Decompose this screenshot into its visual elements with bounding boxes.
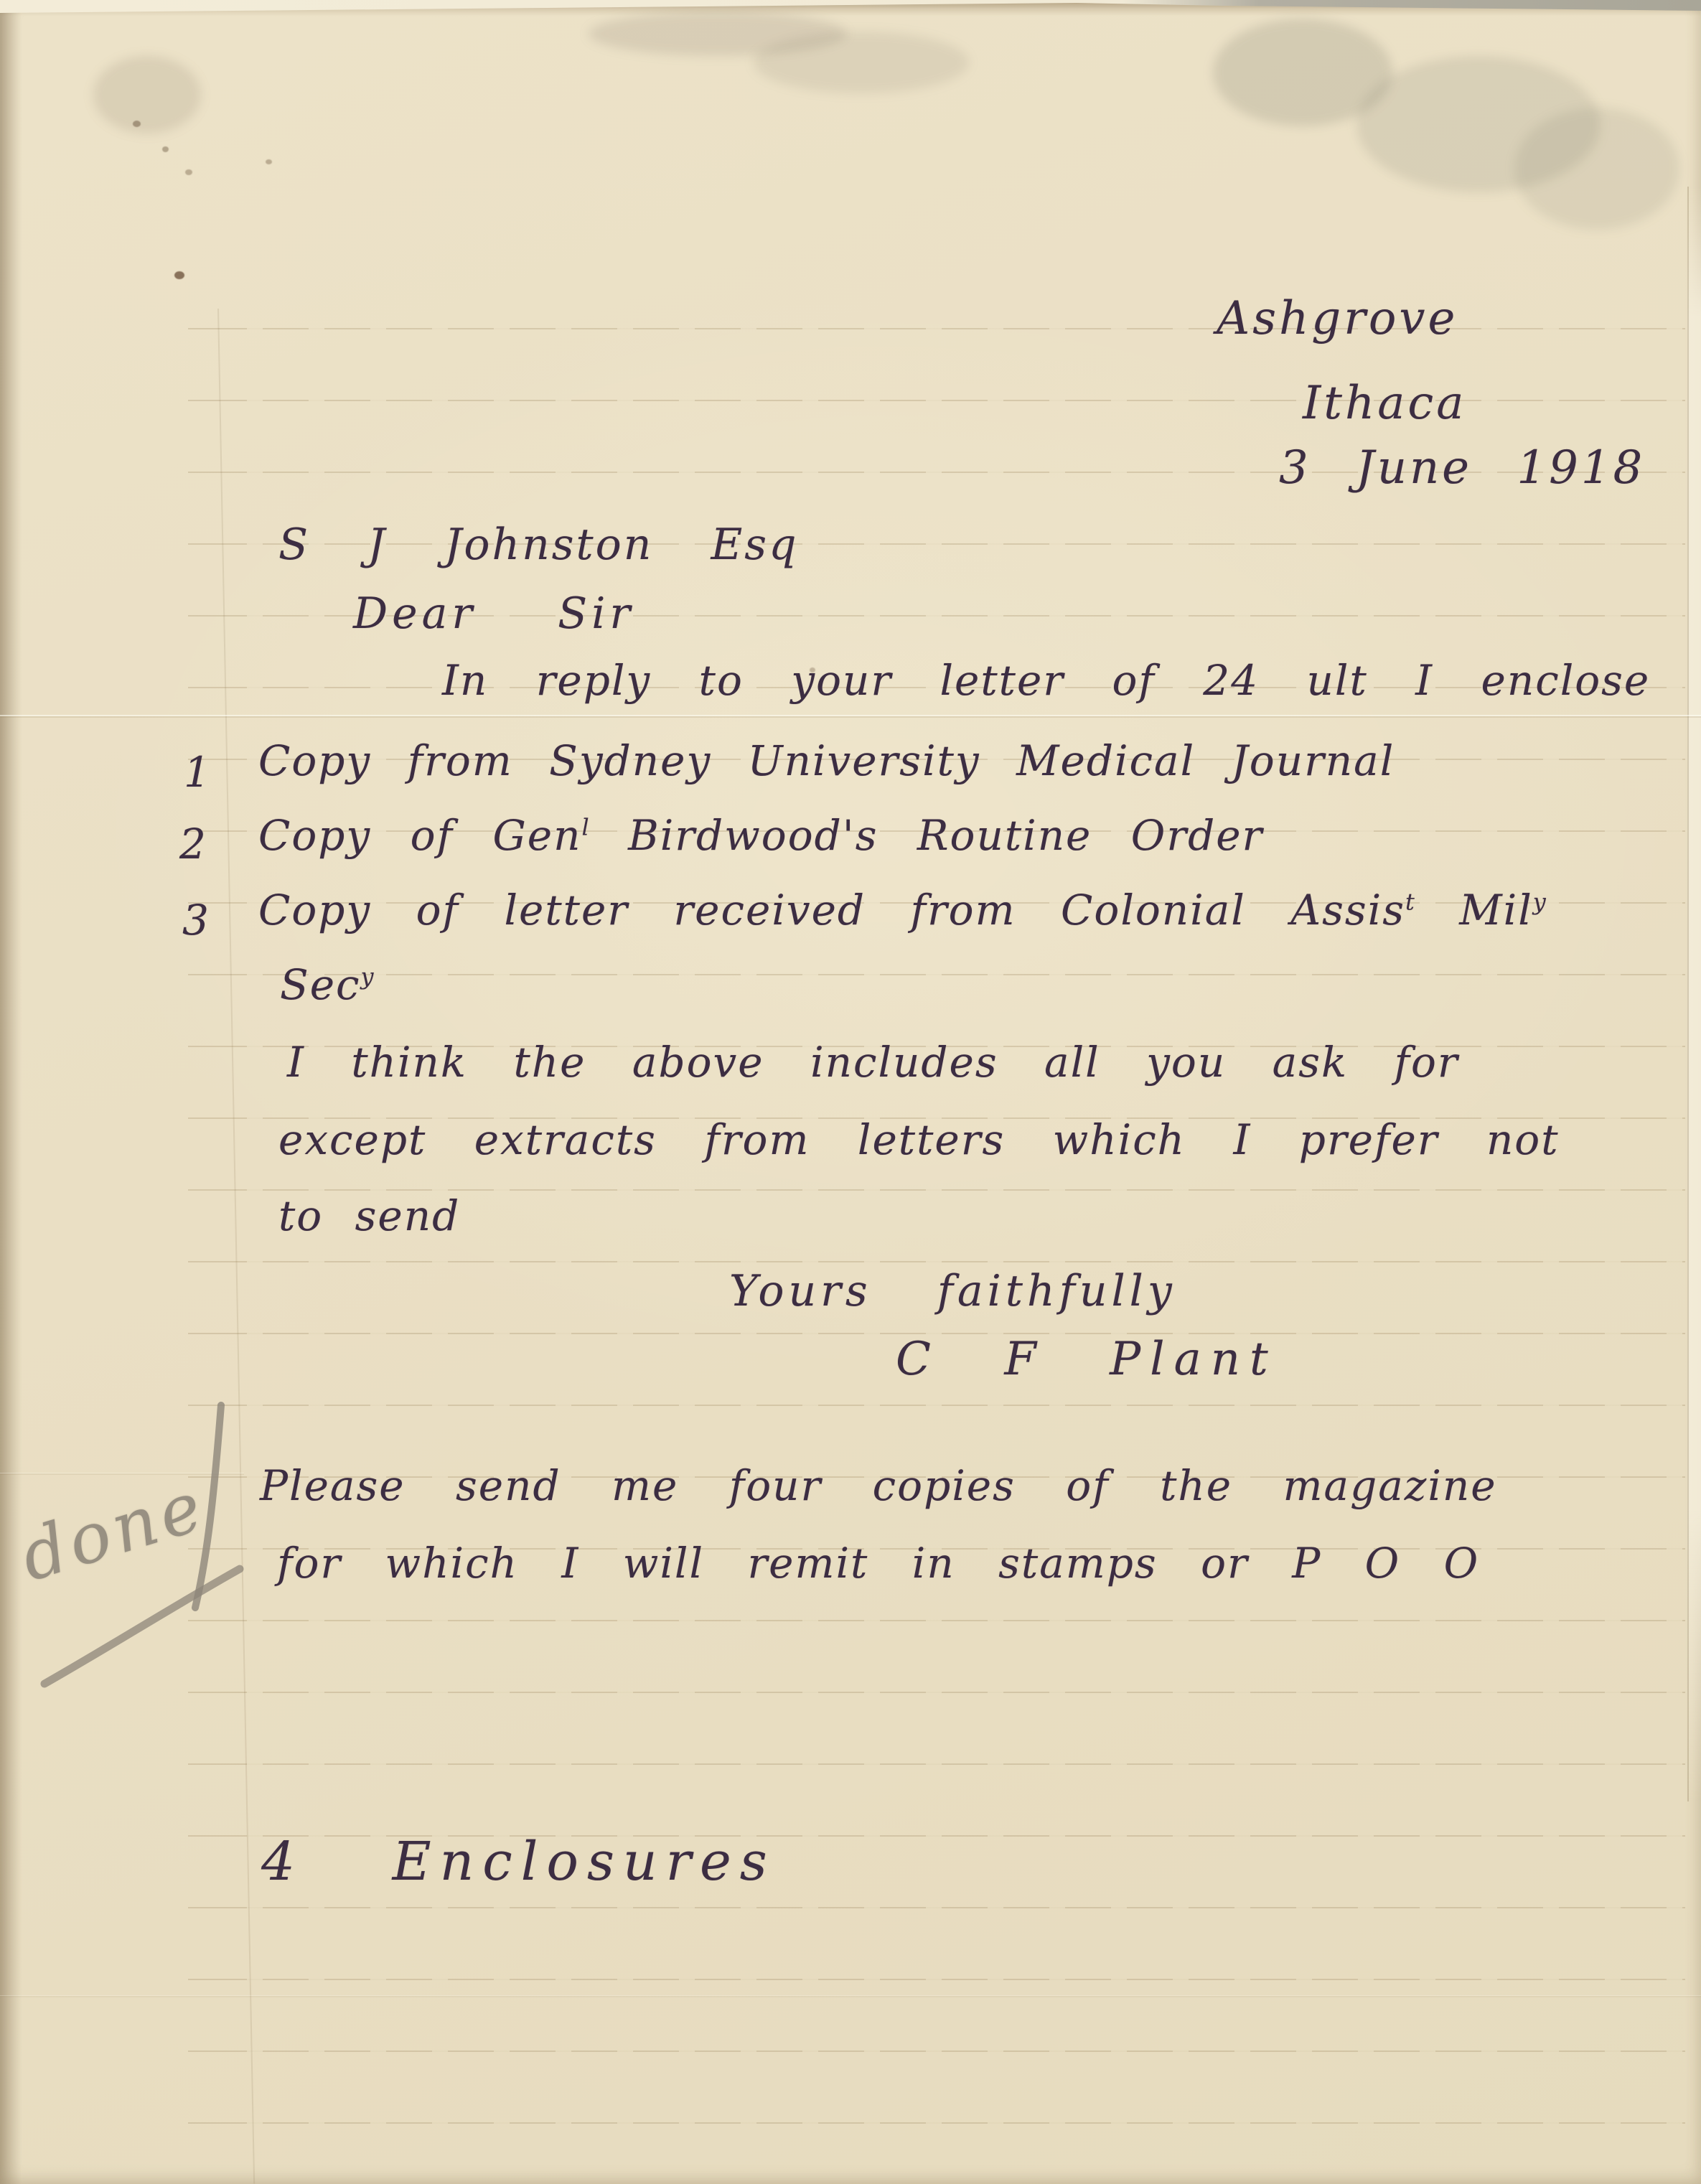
- letter-paper: Ashgrove Ithaca 3 June 1918 S J Johnston…: [0, 0, 1701, 2184]
- body-line-2: except extracts from letters which I pre…: [278, 1114, 1560, 1166]
- item-3-text-mid: Mil: [1415, 886, 1533, 934]
- ink-speck: [133, 121, 141, 127]
- item-3-superscript-2: y: [1533, 889, 1546, 916]
- ruled-line: [188, 1979, 1685, 1980]
- enclosure-item-3-text: Copy of letter received from Colonial As…: [258, 884, 1546, 937]
- paper-left-edge-shadow: [0, 0, 22, 2184]
- ink-speck: [185, 169, 192, 175]
- enclosure-item-1-number: 1: [184, 746, 210, 799]
- horizontal-crease-lower: [0, 1995, 1701, 1997]
- item-3-superscript-1: t: [1405, 889, 1415, 916]
- backing-page-edge: [1687, 187, 1701, 1801]
- ruled-line: [188, 1261, 1685, 1262]
- signature-line: C F Plant: [896, 1331, 1278, 1388]
- margin-fold-line: [217, 309, 255, 2184]
- ruled-line: [188, 1405, 1685, 1406]
- paper-top-edge: [0, 0, 1701, 16]
- ruled-line: [188, 1692, 1685, 1693]
- ruled-line: [188, 328, 1685, 329]
- ruled-line: [188, 974, 1685, 975]
- carryover-text: Sec: [280, 960, 361, 1009]
- horizontal-crease-margin: [0, 1473, 244, 1475]
- enclosure-item-3-number: 3: [182, 894, 209, 947]
- letter-scan: Ashgrove Ithaca 3 June 1918 S J Johnston…: [0, 0, 1701, 2184]
- opening-line: In reply to your letter of 24 ult I encl…: [442, 655, 1650, 707]
- closing-line: Yours faithfully: [729, 1265, 1176, 1318]
- smudge-top-center-2: [754, 32, 969, 93]
- enclosure-item-2-text: Copy of Genl Birdwood's Routine Order: [258, 810, 1263, 862]
- carryover-superscript: y: [361, 963, 374, 990]
- horizontal-crease-upper: [0, 715, 1701, 718]
- body-line-3: to send: [278, 1190, 460, 1242]
- item-2-superscript: l: [581, 814, 589, 841]
- postscript-line-2: for which I will remit in stamps or P O …: [277, 1537, 1479, 1590]
- date-line: 3 June 1918: [1279, 439, 1645, 497]
- item-3-carryover: Secy: [280, 959, 374, 1011]
- item-2-text-post: Birdwood's Routine Order: [589, 811, 1264, 860]
- ink-speck: [266, 159, 272, 164]
- pencil-done-note: done: [11, 1465, 215, 1597]
- place-line-1: Ashgrove: [1217, 290, 1458, 347]
- enclosures-note: 4 Enclosures: [261, 1829, 776, 1895]
- ruled-line: [188, 2051, 1685, 2052]
- ruled-line: [188, 1907, 1685, 1908]
- item-3-text-pre: Copy of letter received from Colonial As…: [258, 886, 1405, 934]
- body-line-1: I think the above includes all you ask f…: [287, 1036, 1459, 1089]
- salutation-line: Dear Sir: [353, 587, 634, 641]
- item-2-text-pre: Copy of Gen: [258, 811, 581, 860]
- smudge-top-left: [93, 56, 201, 133]
- ruled-line: [188, 1620, 1685, 1621]
- enclosure-item-2-number: 2: [179, 818, 206, 871]
- postscript-line-1: Please send me four copies of the magazi…: [260, 1460, 1497, 1512]
- ink-speck: [162, 146, 169, 152]
- enclosure-item-1-text: Copy from Sydney University Medical Jour…: [258, 735, 1395, 787]
- smudge-top-right-3: [1514, 108, 1679, 230]
- ruled-line: [188, 1763, 1685, 1765]
- recipient-line: S J Johnston Esq: [278, 518, 799, 572]
- ruled-line: [188, 2122, 1685, 2124]
- place-line-2: Ithaca: [1303, 375, 1466, 432]
- ink-speck: [174, 271, 184, 279]
